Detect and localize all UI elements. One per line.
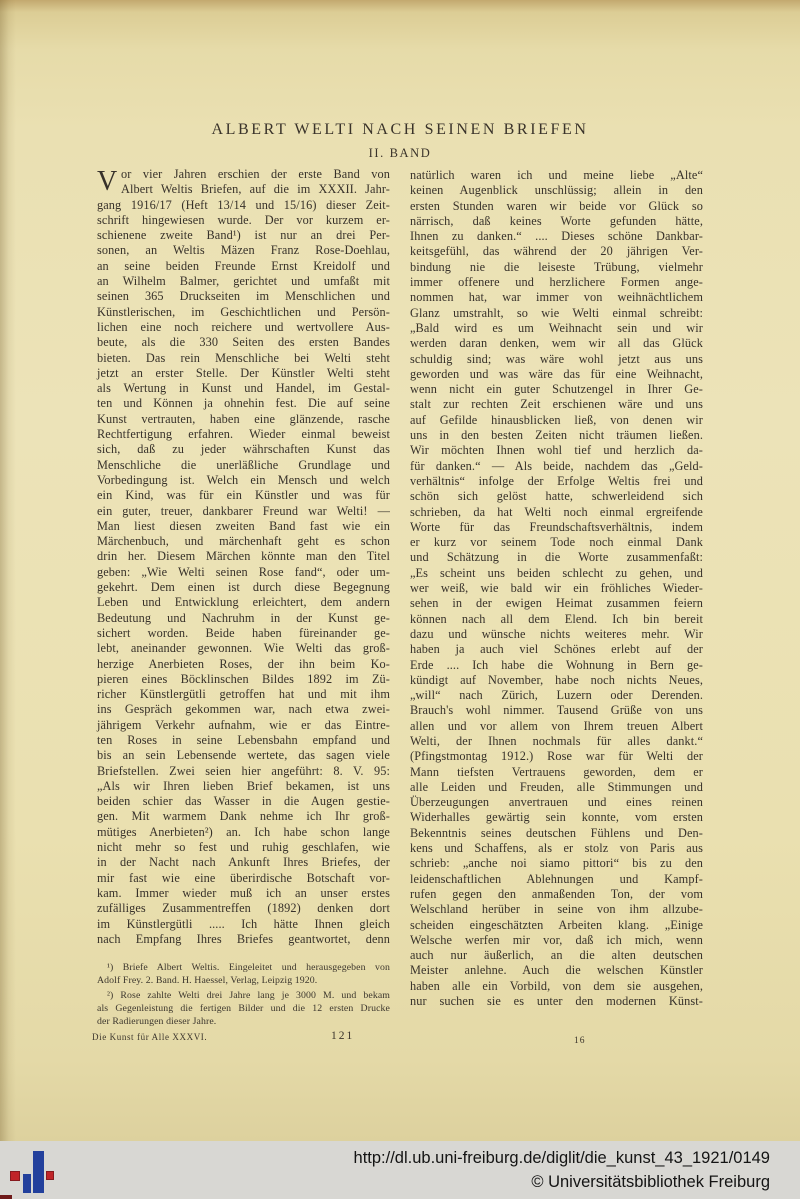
text-line: er kurz vor seinem Tode noch einmal Dank: [410, 535, 703, 550]
text-line: keitsgefühl, das während der 20 jährigen…: [410, 244, 703, 259]
text-line: Märchenbuch, und märchenhaft geht es sch…: [97, 534, 390, 549]
text-line: für danken.“ — Als beide, nachdem das „G…: [410, 459, 703, 474]
text-line: nicht mehr so fest und ruhig geschlafen,…: [97, 840, 390, 855]
text-line: geworden und was wäre das für eine Weihn…: [410, 367, 703, 382]
text-line: ²) Rose zahlte Welti drei Jahre lang je …: [97, 990, 390, 1003]
text-line: als Wertung in Kunst und Handel, im Gest…: [97, 381, 390, 396]
text-line: sonen, an Weltis Mäzen Franz Rose-Doehla…: [97, 243, 390, 258]
text-line: leidenschaftlichen Ablehnungen und Kampf…: [410, 872, 703, 887]
text-line: Mann tiefsten Vertrauens geworden, dem e…: [410, 765, 703, 780]
text-line: an Wilhelm Balmer, gerichtet und umfaßt …: [97, 274, 390, 289]
text-line: nach Empfang Ihres Briefes geantwortet, …: [97, 932, 390, 947]
text-line: gang 1916/17 (Heft 13/14 und 15/16) dies…: [97, 198, 390, 213]
text-line: kündigt auf November, habe noch nichts N…: [410, 673, 703, 688]
text-line: Vorbedingung ist. Welch ein Mensch und w…: [97, 473, 390, 488]
text-line: närrisch, daß keines Worte gefunden hätt…: [410, 214, 703, 229]
footnotes: ¹) Briefe Albert Weltis. Eingeleitet und…: [97, 962, 390, 1028]
text-line: in der Nacht nach Ankunft Ihres Briefes,…: [97, 855, 390, 870]
text-line: dazu und wünsche nichts weiteres mehr. W…: [410, 627, 703, 642]
left-column-text: or vier Jahren erschien der erste Band v…: [97, 167, 390, 947]
text-line: kam. Immer wieder muß ich an unser erste…: [97, 886, 390, 901]
text-line: lichen eine noch reichere und wertvoller…: [97, 320, 390, 335]
text-line: mir fast wie eine überirdische Botschaft…: [97, 871, 390, 886]
text-line: verhältnis“ infolge der Erfolge Weltis f…: [410, 474, 703, 489]
logo-blue-bar-tall: [33, 1151, 44, 1193]
text-line: uns in den besten Zeiten nicht träumen l…: [410, 428, 703, 443]
text-line: Widerhalles gewärtig sein konnte, vom er…: [410, 810, 703, 825]
text-line: werden daran denken, wem wir all das Glü…: [410, 336, 703, 351]
text-line: „Es scheint uns beiden schlecht zu gehen…: [410, 566, 703, 581]
text-line: gekehrt. Dem einen ist durch diese Begeg…: [97, 580, 390, 595]
text-line: sichert worden. Beide haben füreinander …: [97, 626, 390, 641]
text-line: Adolf Frey. 2. Band. H. Haessel, Verlag,…: [97, 975, 390, 988]
text-line: drin her. Diesem Märchen könnte man den …: [97, 549, 390, 564]
text-line: ein guter, treuer, dankbarer Freund war …: [97, 504, 390, 519]
attribution-bar: http://dl.ub.uni-freiburg.de/diglit/die_…: [0, 1141, 800, 1199]
text-line: (Pfingstmontag 1912.) Rose war für Welti…: [410, 749, 703, 764]
text-line: beiden schier das Wasser in die Augen ge…: [97, 794, 390, 809]
text-line: jetzt an erster Stelle. Der Künstler Wel…: [97, 366, 390, 381]
text-line: ¹) Briefe Albert Weltis. Eingeleitet und…: [97, 962, 390, 975]
logo-red-square-right: [46, 1171, 54, 1180]
footnote-1: ¹) Briefe Albert Weltis. Eingeleitet und…: [97, 962, 390, 987]
text-line: nommen hat, war immer von weihnächtliche…: [410, 290, 703, 305]
text-line: allen und vor allem von Ihrem treuen Alb…: [410, 719, 703, 734]
logo-corner-strip: [0, 1195, 12, 1199]
text-line: Erde .... Ich habe die Wohnung in Bern g…: [410, 658, 703, 673]
logo-blue-bar-short: [23, 1174, 31, 1193]
journal-name: Die Kunst für Alle XXXVI.: [92, 1032, 207, 1042]
text-line: mütiges Anerbieten²) an. Ich habe schon …: [97, 825, 390, 840]
text-line: zufälliges Zusammentreffen (1892) denken…: [97, 901, 390, 916]
text-line: schrieb: „anche noi siamo pittori“ bis z…: [410, 856, 703, 871]
right-column: natürlich waren ich und meine liebe „Alt…: [410, 168, 703, 1009]
logo-red-square-left: [10, 1171, 20, 1181]
text-line: jährigem Verkehr aufnahm, wie er das Ein…: [97, 718, 390, 733]
text-line: natürlich waren ich und meine liebe „Alt…: [410, 168, 703, 183]
text-line: Überzeugungen anvertrauen und eines rein…: [410, 795, 703, 810]
text-line: ten und Können ja ohnehin fest. Die auf …: [97, 396, 390, 411]
text-line: Man liest diesen zweiten Band fast wie e…: [97, 519, 390, 534]
text-line: bindung nie die leiseste Trübung, vielme…: [410, 260, 703, 275]
scanned-book-page: ALBERT WELTI NACH SEINEN BRIEFEN II. BAN…: [0, 0, 800, 1141]
copyright-notice: © Universitätsbibliothek Freiburg: [531, 1173, 770, 1192]
text-line: im Künstlergütli ..... Ich hätte Ihnen g…: [97, 917, 390, 932]
text-line: geben: „Wie Welti seinen Rose fand“, ode…: [97, 565, 390, 580]
page-title: ALBERT WELTI NACH SEINEN BRIEFEN: [0, 121, 800, 139]
text-line: or vier Jahren erschien der erste Band v…: [97, 167, 390, 182]
text-line: gen. Mit warmem Dank nehme ich Ihr groß-: [97, 809, 390, 824]
text-line: alle Leiden und Freuden, alle Stimmungen…: [410, 780, 703, 795]
text-line: Wir möchten Ihnen wohl tief und herzlich…: [410, 443, 703, 458]
text-line: Bedeutung und Nachruhm in der Kunst ge-: [97, 611, 390, 626]
text-line: Welschland herüber in seine von ihm allz…: [410, 902, 703, 917]
text-line: Ihnen zu danken.“ .... Dieses schöne Dan…: [410, 229, 703, 244]
drop-cap: V: [97, 168, 117, 196]
ub-freiburg-logo-icon: [0, 1141, 70, 1199]
text-line: „Bald wird es um Weihnacht sein und wir: [410, 321, 703, 336]
text-line: „will“ nach Zürich, Luzern oder Derenden…: [410, 688, 703, 703]
sheet-signature: 16: [574, 1036, 586, 1046]
text-line: rufen gegen den anmaßenden Ton, der vom: [410, 887, 703, 902]
text-line: schienene zweite Band¹) ist nur an drei …: [97, 228, 390, 243]
text-line: auf Gefilde hinausblicken ließ, von dene…: [410, 413, 703, 428]
text-line: Meister anlehne. Auch die welschen Künst…: [410, 963, 703, 978]
text-line: Leben und Entwicklung erleichtert, dem a…: [97, 595, 390, 610]
text-line: sich, daß zu jeder währschaften Kunst da…: [97, 442, 390, 457]
text-line: ein Kind, was für ein Künstler und was f…: [97, 488, 390, 503]
text-line: seinen 365 Druckseiten im Menschlichen u…: [97, 289, 390, 304]
text-line: Brauch's wohl nimmer. Tausend Grüße von …: [410, 703, 703, 718]
text-line: Worte für das Freundschaftsverhältnis, i…: [410, 520, 703, 535]
text-line: Glanz umstrahlt, so wie Welti einmal sch…: [410, 306, 703, 321]
text-line: Albert Weltis Briefen, auf die im XXXII.…: [97, 182, 390, 197]
text-line: Briefstellen. Zwei seien hier angeführt:…: [97, 764, 390, 779]
text-line: Welsche werfen mir vor, daß ich mich, we…: [410, 933, 703, 948]
page-subtitle: II. BAND: [0, 146, 800, 161]
text-line: herzige Anerbieten Roses, der ihn beim K…: [97, 657, 390, 672]
text-line: Welti, der Ihnen nochmals für alles dank…: [410, 734, 703, 749]
text-line: schrift hingewiesen wurde. Der vor kurze…: [97, 213, 390, 228]
text-line: als Gegenleistung die fertigen Bilder un…: [97, 1003, 390, 1016]
text-line: schön sich gelöst hatte, schwerleidend s…: [410, 489, 703, 504]
text-line: Bekenntnis seines deutschen Fühlens und …: [410, 826, 703, 841]
text-line: pieren eines Böcklinschen Bildes 1892 im…: [97, 672, 390, 687]
screenshot: ALBERT WELTI NACH SEINEN BRIEFEN II. BAN…: [0, 0, 800, 1199]
left-column: V or vier Jahren erschien der erste Band…: [97, 167, 390, 1028]
text-line: sehen in der ewigen Heimat zusammen feie…: [410, 596, 703, 611]
text-line: Rechtfertigung erfahren. Wieder einmal b…: [97, 427, 390, 442]
text-line: kens und Schaffens, als er stolz von Par…: [410, 841, 703, 856]
text-line: der Radierungen dieser Jahre.: [97, 1016, 390, 1029]
source-url[interactable]: http://dl.ub.uni-freiburg.de/diglit/die_…: [354, 1149, 770, 1168]
text-line: lebt, aneinander gewonnen. Wie Welti das…: [97, 641, 390, 656]
text-line: auch nur äußerlich, an die alten deutsch…: [410, 948, 703, 963]
text-line: Kunst vertrauten, haben eine glänzende, …: [97, 412, 390, 427]
text-line: ins Gespräch gekommen war, nach etwa zwe…: [97, 702, 390, 717]
text-line: Menschliche die unerläßliche Grundlage u…: [97, 458, 390, 473]
text-line: können nach all dem Elend. Ich bin berei…: [410, 612, 703, 627]
text-line: wenn nicht ein guter Schutzengel in Ihre…: [410, 382, 703, 397]
text-line: wer weiß, wie bald wir ein fröhliches Wi…: [410, 581, 703, 596]
text-line: schrieben, da hat Welti noch einmal ergr…: [410, 505, 703, 520]
text-line: und Schätzung in die Worte zusammenfaßt:: [410, 550, 703, 565]
text-line: an seine beiden Freunde Ernst Kreidolf u…: [97, 259, 390, 274]
text-line: beute, als die 330 Seiten des ersten Ban…: [97, 335, 390, 350]
text-line: richer Künstlergütli getroffen hat und m…: [97, 687, 390, 702]
text-line: stalt zur rechten Zeit erschienen wäre u…: [410, 397, 703, 412]
text-line: bieten. Das rein Menschliche bei Welti s…: [97, 351, 390, 366]
footnote-2: ²) Rose zahlte Welti drei Jahre lang je …: [97, 990, 390, 1028]
text-line: Künstlerischen, im Geschichtlichen und P…: [97, 305, 390, 320]
right-column-text: natürlich waren ich und meine liebe „Alt…: [410, 168, 703, 1009]
text-line: keinen Augenblick unschlüssig; allein in…: [410, 183, 703, 198]
text-line: haben ja auch viel Schönes erlebt auf de…: [410, 642, 703, 657]
text-line: nur suchen sie es unter den modernen Kün…: [410, 994, 703, 1009]
text-line: bis an sein Lebensende wertete, das sage…: [97, 748, 390, 763]
text-line: ten Roses in seine Lebensbahn empfand un…: [97, 733, 390, 748]
text-line: ersten Stunden waren wir beide vor Glück…: [410, 199, 703, 214]
text-line: schuldig sind; was wäre wohl jetzt aus u…: [410, 352, 703, 367]
text-line: immer offenere und herzlichere Formen an…: [410, 275, 703, 290]
text-line: „Als wir Ihren lieben Brief bekamen, ist…: [97, 779, 390, 794]
text-line: haben alle ein Vorbild, von dem sie ausg…: [410, 979, 703, 994]
page-number: 121: [331, 1030, 354, 1042]
text-line: scheiden eingeschätzten Arbeiten klang. …: [410, 918, 703, 933]
